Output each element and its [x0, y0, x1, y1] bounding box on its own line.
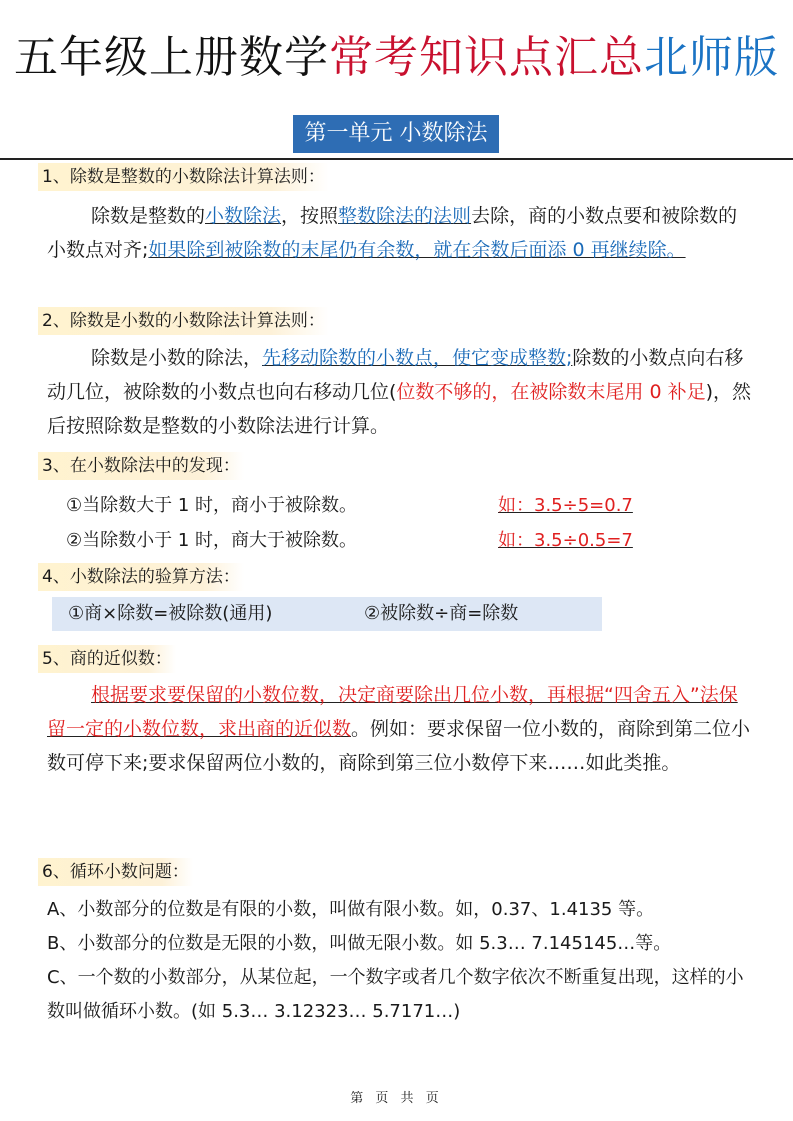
finding-item: ①当除数大于 1 时，商小于被除数。	[66, 491, 357, 521]
page-title: 五年级上册数学常考知识点汇总北师版	[0, 30, 793, 86]
unit-title: 第一单元 小数除法	[293, 115, 499, 153]
divider	[0, 158, 793, 160]
section-2-body: 除数是小数的除法，先移动除数的小数点，使它变成整数;除数的小数点向右移动几位，被…	[47, 341, 752, 443]
text: 除数是小数的除法，	[91, 347, 262, 369]
finding-example: 如：3.5÷0.5=7	[498, 526, 633, 556]
decimal-type-item: A、小数部分的位数是有限的小数，叫做有限小数。如，0.37、1.4135 等。	[47, 893, 757, 927]
highlight-term: 整数除法的法则	[338, 205, 471, 227]
section-5-heading: 5、商的近似数：	[38, 645, 176, 673]
section-1-heading: 1、除数是整数的小数除法计算法则：	[38, 163, 329, 191]
highlight-term: 如果除到被除数的末尾仍有余数，就在余数后面添 0 再继续除。	[148, 239, 685, 261]
decimal-type-item: C、一个数的小数部分，从某位起，一个数字或者几个数字依次不断重复出现，这样的小数…	[47, 961, 757, 1029]
section-1-body: 除数是整数的小数除法，按照整数除法的法则去除，商的小数点要和被除数的小数点对齐;…	[47, 199, 752, 267]
red-note: 位数不够的，在被除数末尾用 0 补足	[396, 381, 705, 403]
title-part-grade: 五年级上册数学	[14, 32, 329, 83]
page-footer: 第 页 共 页	[0, 1087, 793, 1106]
highlight-term: 小数除法	[205, 205, 281, 227]
section-2-heading: 2、除数是小数的小数除法计算法则：	[38, 307, 329, 335]
decimal-type-item: B、小数部分的位数是无限的小数，叫做无限小数。如 5.3… 7.145145…等…	[47, 927, 757, 961]
check-methods-box: ①商×除数=被除数(通用) ②被除数÷商=除数	[52, 597, 602, 631]
finding-item: ②当除数小于 1 时，商大于被除数。	[66, 526, 357, 556]
check-method: ②被除数÷商=除数	[364, 597, 518, 631]
text: 除数是整数的	[91, 205, 205, 227]
check-method: ①商×除数=被除数(通用)	[68, 597, 272, 631]
finding-example: 如：3.5÷5=0.7	[498, 491, 633, 521]
title-part-summary: 常考知识点汇总	[329, 32, 644, 83]
section-3-heading: 3、在小数除法中的发现：	[38, 452, 244, 480]
text: ，按照	[281, 205, 338, 227]
section-6-body: A、小数部分的位数是有限的小数，叫做有限小数。如，0.37、1.4135 等。 …	[47, 893, 757, 1029]
highlight-term: 先移动除数的小数点，使它变成整数;	[262, 347, 572, 369]
section-6-heading: 6、循环小数问题：	[38, 858, 193, 886]
title-part-edition: 北师版	[644, 32, 779, 83]
section-5-body: 根据要求要保留的小数位数，决定商要除出几位小数，再根据“四舍五入”法保留一定的小…	[47, 678, 752, 780]
section-4-heading: 4、小数除法的验算方法：	[38, 563, 244, 591]
